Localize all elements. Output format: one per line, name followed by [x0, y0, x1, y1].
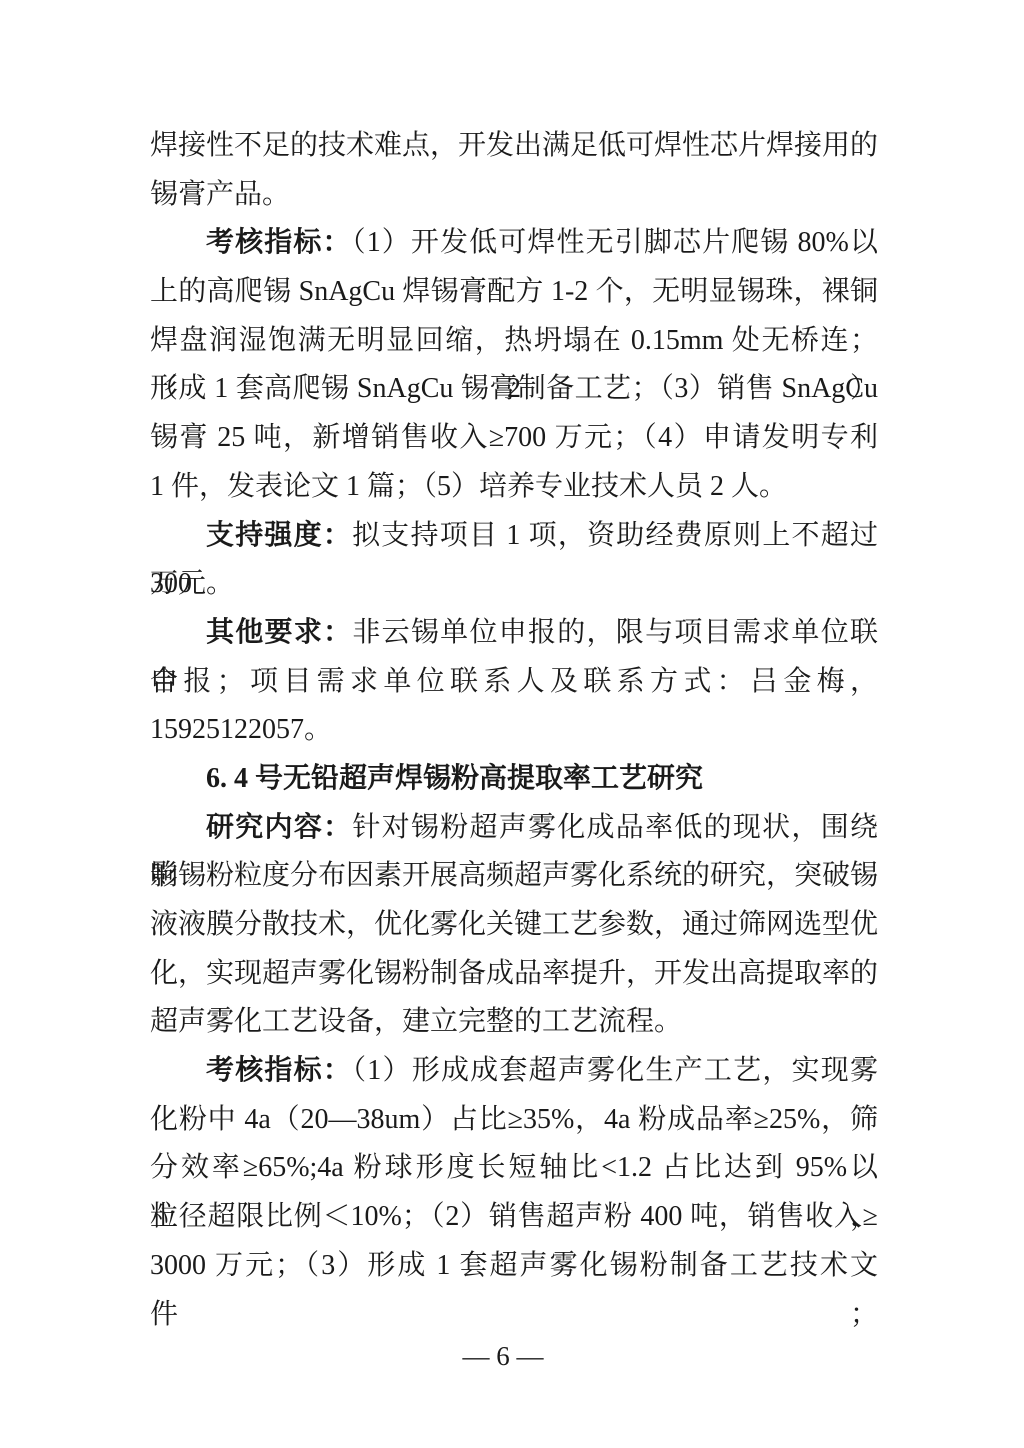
- text-line: 其他要求：非云锡单位申报的，限与项目需求单位联合: [150, 609, 878, 658]
- text-segment: 锡膏 25 吨，新增销售收入≥700 万元；（4）申请发明专利: [150, 422, 878, 453]
- text-line: 化，实现超声雾化锡粉制备成品率提升，开发出高提取率的: [150, 950, 878, 999]
- text-line: 化粉中 4a（20—38um）占比≥35%，4a 粉成品率≥25%，筛: [150, 1096, 878, 1145]
- text-segment: 万元。: [150, 568, 234, 599]
- text-line: 考核指标：（1）开发低可焊性无引脚芯片爬锡 80%以: [150, 219, 878, 268]
- text-line: 焊盘润湿饱满无明显回缩，热坍塌在 0.15mm 处无桥连；（2）: [150, 317, 878, 366]
- text-line: 1 件，发表论文 1 篇；（5）培养专业技术人员 2 人。: [150, 463, 878, 512]
- text-segment: 申报；项目需求单位联系人及联系方式：吕金梅，: [150, 666, 878, 697]
- text-line: 支持强度：拟支持项目 1 项，资助经费原则上不超过 300: [150, 512, 878, 561]
- text-line: 锡膏产品。: [150, 171, 878, 220]
- text-segment: （1）开发低可焊性无引脚芯片爬锡 80%以: [352, 227, 878, 258]
- bold-label: 考核指标：: [206, 227, 352, 258]
- text-line: 焊接性不足的技术难点，开发出满足低可焊性芯片焊接用的: [150, 122, 878, 171]
- text-line: 上的高爬锡 SnAgCu 焊锡膏配方 1-2 个，无明显锡珠，裸铜: [150, 268, 878, 317]
- text-line: 研究内容：针对锡粉超声雾化成品率低的现状，围绕影: [150, 804, 878, 853]
- text-line: 锡膏 25 吨，新增销售收入≥700 万元；（4）申请发明专利: [150, 414, 878, 463]
- text-line: 申报；项目需求单位联系人及联系方式：吕金梅，: [150, 658, 878, 707]
- bold-label: 其他要求：: [206, 617, 352, 648]
- bold-label: 6. 4 号无铅超声焊锡粉高提取率工艺研究: [206, 763, 703, 794]
- text-segment: （1）形成成套超声雾化生产工艺，实现雾: [352, 1055, 878, 1086]
- text-line: 15925122057。: [150, 706, 878, 755]
- text-line: 响锡粉粒度分布因素开展高频超声雾化系统的研究，突破锡: [150, 852, 878, 901]
- text-line: 超声雾化工艺设备，建立完整的工艺流程。: [150, 998, 878, 1047]
- text-segment: 响锡粉粒度分布因素开展高频超声雾化系统的研究，突破锡: [150, 860, 878, 891]
- text-content: 焊接性不足的技术难点，开发出满足低可焊性芯片焊接用的锡膏产品。考核指标：（1）开…: [150, 122, 878, 1291]
- text-segment: 焊接性不足的技术难点，开发出满足低可焊性芯片焊接用的: [150, 130, 878, 161]
- text-segment: 15925122057。: [150, 714, 332, 745]
- text-segment: 形成 1 套高爬锡 SnAgCu 锡膏制备工艺；（3）销售 SnAgCu: [150, 373, 878, 404]
- bold-label: 支持强度：: [206, 520, 352, 551]
- text-segment: 粒径超限比例＜10%；（2）销售超声粉 400 吨，销售收入≥: [150, 1201, 878, 1232]
- text-segment: 1 件，发表论文 1 篇；（5）培养专业技术人员 2 人。: [150, 471, 787, 502]
- text-segment: 3000 万元；（3）形成 1 套超声雾化锡粉制备工艺技术文件；: [150, 1250, 878, 1330]
- heading-line: 6. 4 号无铅超声焊锡粉高提取率工艺研究: [150, 755, 878, 804]
- bold-label: 考核指标：: [206, 1055, 352, 1086]
- text-line: 液液膜分散技术，优化雾化关键工艺参数，通过筛网选型优: [150, 901, 878, 950]
- text-line: 粒径超限比例＜10%；（2）销售超声粉 400 吨，销售收入≥: [150, 1193, 878, 1242]
- text-segment: 化粉中 4a（20—38um）占比≥35%，4a 粉成品率≥25%，筛: [150, 1104, 878, 1135]
- page-number: — 6 —: [0, 1338, 1006, 1374]
- text-segment: 液液膜分散技术，优化雾化关键工艺参数，通过筛网选型优: [150, 909, 878, 940]
- bold-label: 研究内容：: [206, 812, 352, 843]
- text-line: 分效率≥65%;4a 粉球形度长短轴比<1.2 占比达到 95%以上，: [150, 1144, 878, 1193]
- document-page: 焊接性不足的技术难点，开发出满足低可焊性芯片焊接用的锡膏产品。考核指标：（1）开…: [0, 0, 1024, 1448]
- text-line: 万元。: [150, 560, 878, 609]
- text-line: 考核指标：（1）形成成套超声雾化生产工艺，实现雾: [150, 1047, 878, 1096]
- text-segment: 超声雾化工艺设备，建立完整的工艺流程。: [150, 1006, 682, 1037]
- text-segment: 锡膏产品。: [150, 179, 290, 210]
- text-segment: 上的高爬锡 SnAgCu 焊锡膏配方 1-2 个，无明显锡珠，裸铜: [150, 276, 878, 307]
- text-segment: 化，实现超声雾化锡粉制备成品率提升，开发出高提取率的: [150, 958, 878, 989]
- text-line: 形成 1 套高爬锡 SnAgCu 锡膏制备工艺；（3）销售 SnAgCu: [150, 365, 878, 414]
- text-line: 3000 万元；（3）形成 1 套超声雾化锡粉制备工艺技术文件；: [150, 1242, 878, 1291]
